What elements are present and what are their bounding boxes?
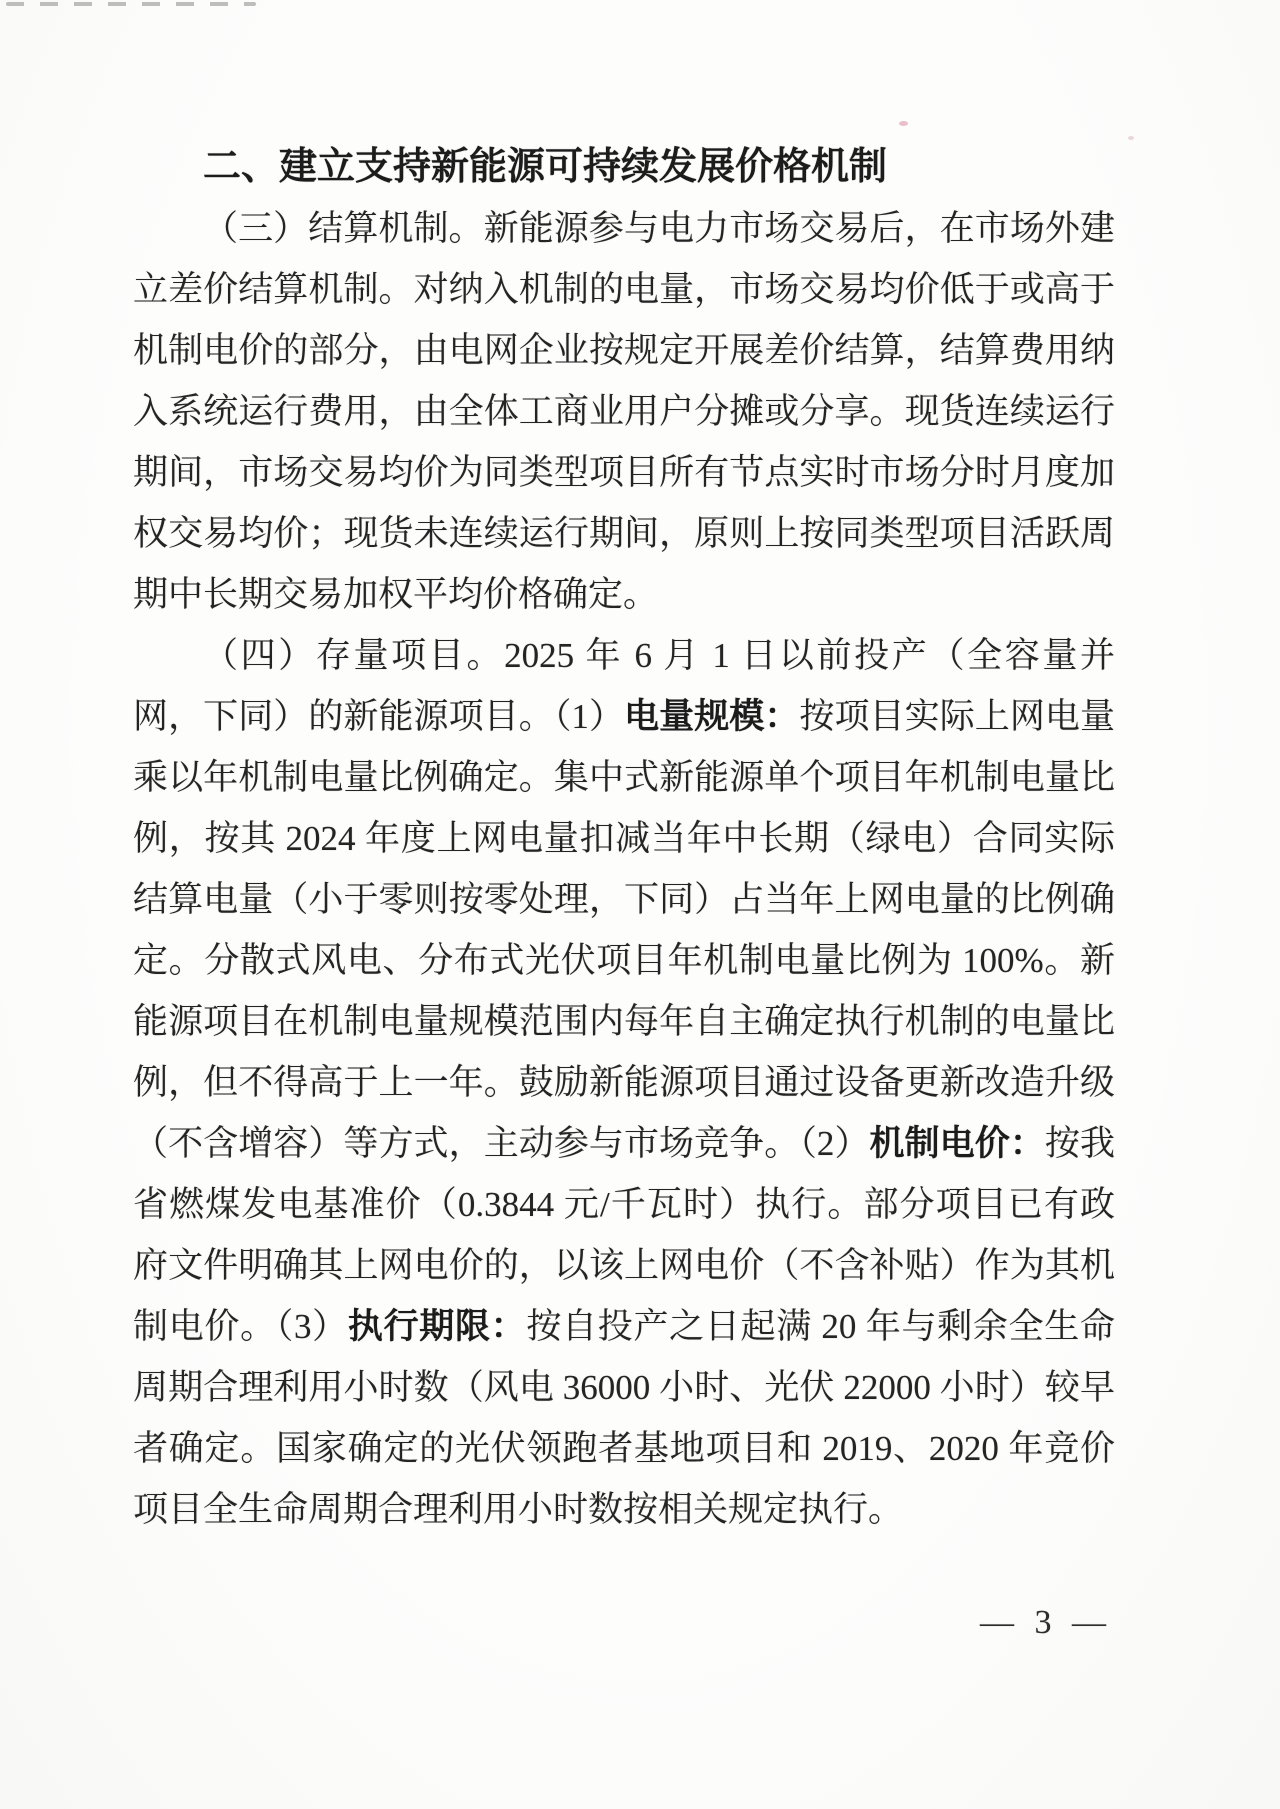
paragraph-text: 按项目实际上网电量乘以年机制电量比例确定。集中式新能源单个项目年机制电量比例，按… (133, 697, 1115, 1163)
scan-speck (899, 121, 908, 126)
page-number: — 3 — (980, 1601, 1108, 1645)
bold-term-mechanism-price: 机制电价： (870, 1124, 1045, 1163)
document-page: 二、建立支持新能源可持续发展价格机制 （三）结算机制。新能源参与电力市场交易后，… (0, 0, 1280, 1809)
bold-term-execution-period: 执行期限： (348, 1307, 526, 1346)
section-heading: 二、建立支持新能源可持续发展价格机制 (133, 137, 1115, 198)
bold-term-electricity-volume: 电量规模： (624, 697, 799, 736)
paragraph-text: （三）结算机制。新能源参与电力市场交易后，在市场外建立差价结算机制。对纳入机制的… (133, 209, 1115, 614)
paragraph-settlement-mechanism: （三）结算机制。新能源参与电力市场交易后，在市场外建立差价结算机制。对纳入机制的… (133, 198, 1115, 625)
paragraph-existing-projects: （四）存量项目。2025 年 6 月 1 日以前投产（全容量并网，下同）的新能源… (133, 625, 1115, 1540)
scan-smudge (6, 2, 256, 6)
scan-speck (1128, 136, 1134, 140)
